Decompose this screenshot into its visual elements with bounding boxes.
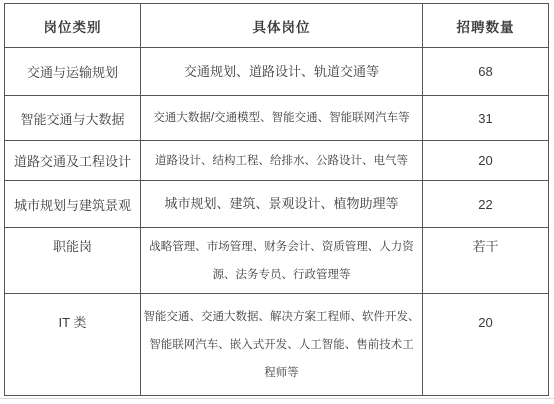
table-row: 城市规划与建筑景观 城市规划、建筑、景观设计、植物助理等 22 xyxy=(5,181,549,228)
column-header-positions: 具体岗位 xyxy=(141,4,423,48)
column-header-category: 岗位类别 xyxy=(5,4,141,48)
count-cell: 68 xyxy=(423,48,549,96)
count-cell: 20 xyxy=(423,141,549,181)
table-row: 智能交通与大数据 交通大数据/交通模型、智能交通、智能联网汽车等 31 xyxy=(5,96,549,141)
positions-cell: 战略管理、市场管理、财务会计、资质管理、人力资 源、法务专员、行政管理等 xyxy=(141,228,423,294)
category-cell: 智能交通与大数据 xyxy=(5,96,141,141)
category-cell: IT 类 xyxy=(5,294,141,396)
column-header-count: 招聘数量 xyxy=(423,4,549,48)
positions-cell: 智能交通、交通大数据、解决方案工程师、软件开发、 智能联网汽车、嵌入式开发、人工… xyxy=(141,294,423,396)
positions-cell: 交通大数据/交通模型、智能交通、智能联网汽车等 xyxy=(141,96,423,141)
recruitment-table: 岗位类别 具体岗位 招聘数量 交通与运输规划 交通规划、道路设计、轨道交通等 6… xyxy=(4,3,549,396)
table-row: 交通与运输规划 交通规划、道路设计、轨道交通等 68 xyxy=(5,48,549,96)
page-bottom-edge xyxy=(0,398,554,399)
positions-cell: 交通规划、道路设计、轨道交通等 xyxy=(141,48,423,96)
table-row: 职能岗 战略管理、市场管理、财务会计、资质管理、人力资 源、法务专员、行政管理等… xyxy=(5,228,549,294)
count-cell: 31 xyxy=(423,96,549,141)
table-row: IT 类 智能交通、交通大数据、解决方案工程师、软件开发、 智能联网汽车、嵌入式… xyxy=(5,294,549,396)
category-cell: 道路交通及工程设计 xyxy=(5,141,141,181)
count-cell: 22 xyxy=(423,181,549,228)
page: 岗位类别 具体岗位 招聘数量 交通与运输规划 交通规划、道路设计、轨道交通等 6… xyxy=(0,0,554,404)
positions-cell: 道路设计、结构工程、给排水、公路设计、电气等 xyxy=(141,141,423,181)
positions-cell: 城市规划、建筑、景观设计、植物助理等 xyxy=(141,181,423,228)
category-cell: 职能岗 xyxy=(5,228,141,294)
category-cell: 交通与运输规划 xyxy=(5,48,141,96)
category-cell: 城市规划与建筑景观 xyxy=(5,181,141,228)
count-cell: 20 xyxy=(423,294,549,396)
table-row: 道路交通及工程设计 道路设计、结构工程、给排水、公路设计、电气等 20 xyxy=(5,141,549,181)
table-header-row: 岗位类别 具体岗位 招聘数量 xyxy=(5,4,549,48)
count-cell: 若干 xyxy=(423,228,549,294)
